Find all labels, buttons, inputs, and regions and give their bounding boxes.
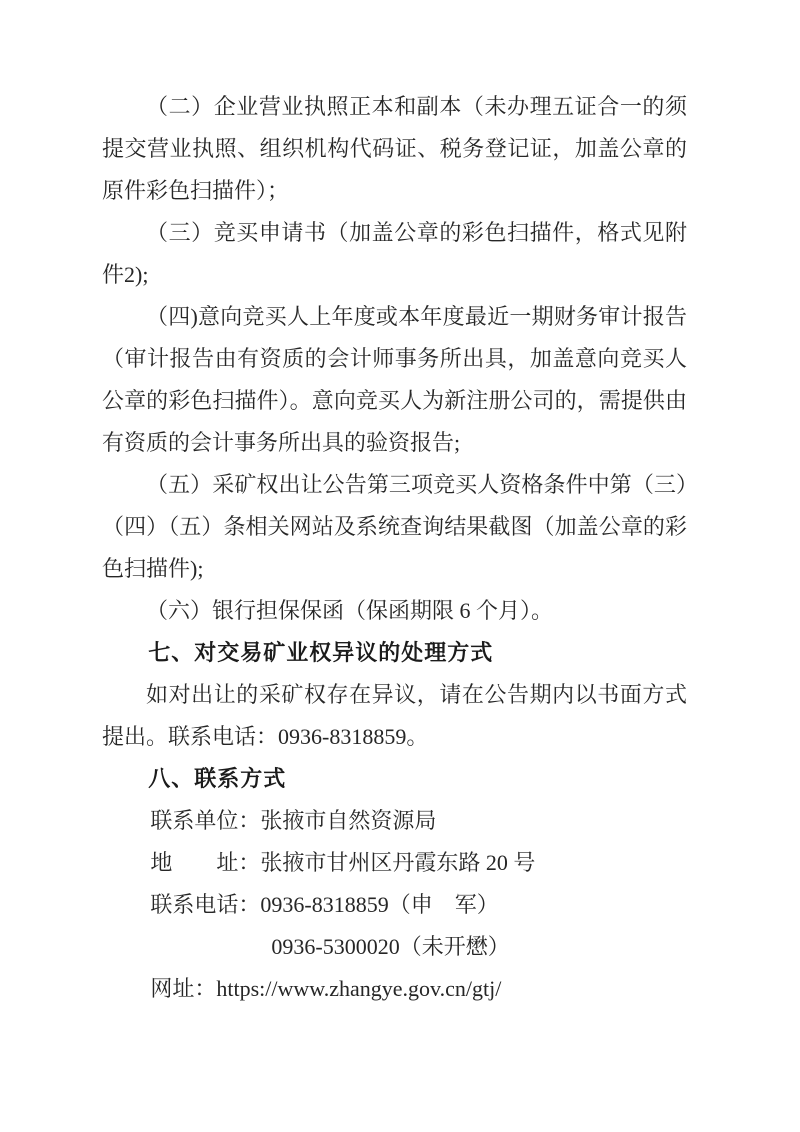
contact-website-line: 网址：https://www.zhangye.gov.cn/gtj/ — [102, 968, 687, 1010]
paragraph-requirement-4: （四)意向竞买人上年度或本年度最近一期财务审计报告（审计报告由有资质的会计师事务… — [102, 296, 687, 464]
paragraph-dispute-handling: 如对出让的采矿权存在异议，请在公告期内以书面方式提出。联系电话：0936-831… — [102, 674, 687, 758]
paragraph-requirement-6: （六）银行担保保函（保函期限 6 个月）。 — [102, 590, 687, 632]
document-page: （二）企业营业执照正本和副本（未办理五证合一的须提交营业执照、组织机构代码证、税… — [0, 0, 800, 1132]
paragraph-requirement-2: （二）企业营业执照正本和副本（未办理五证合一的须提交营业执照、组织机构代码证、税… — [102, 86, 687, 212]
paragraph-requirement-3: （三）竞买申请书（加盖公章的彩色扫描件，格式见附件2); — [102, 212, 687, 296]
contact-address-line: 地 址：张掖市甘州区丹霞东路 20 号 — [102, 842, 687, 884]
contact-phone-line-1: 联系电话：0936-8318859（申 军） — [102, 884, 687, 926]
paragraph-requirement-5: （五）采矿权出让公告第三项竞买人资格条件中第（三）（四）（五）条相关网站及系统查… — [102, 464, 687, 590]
contact-unit-line: 联系单位：张掖市自然资源局 — [102, 800, 687, 842]
section-heading-contact-info: 八、联系方式 — [102, 758, 687, 800]
contact-phone-line-2: 0936-5300020（未开懋） — [102, 926, 687, 968]
section-heading-dispute-handling: 七、对交易矿业权异议的处理方式 — [102, 632, 687, 674]
